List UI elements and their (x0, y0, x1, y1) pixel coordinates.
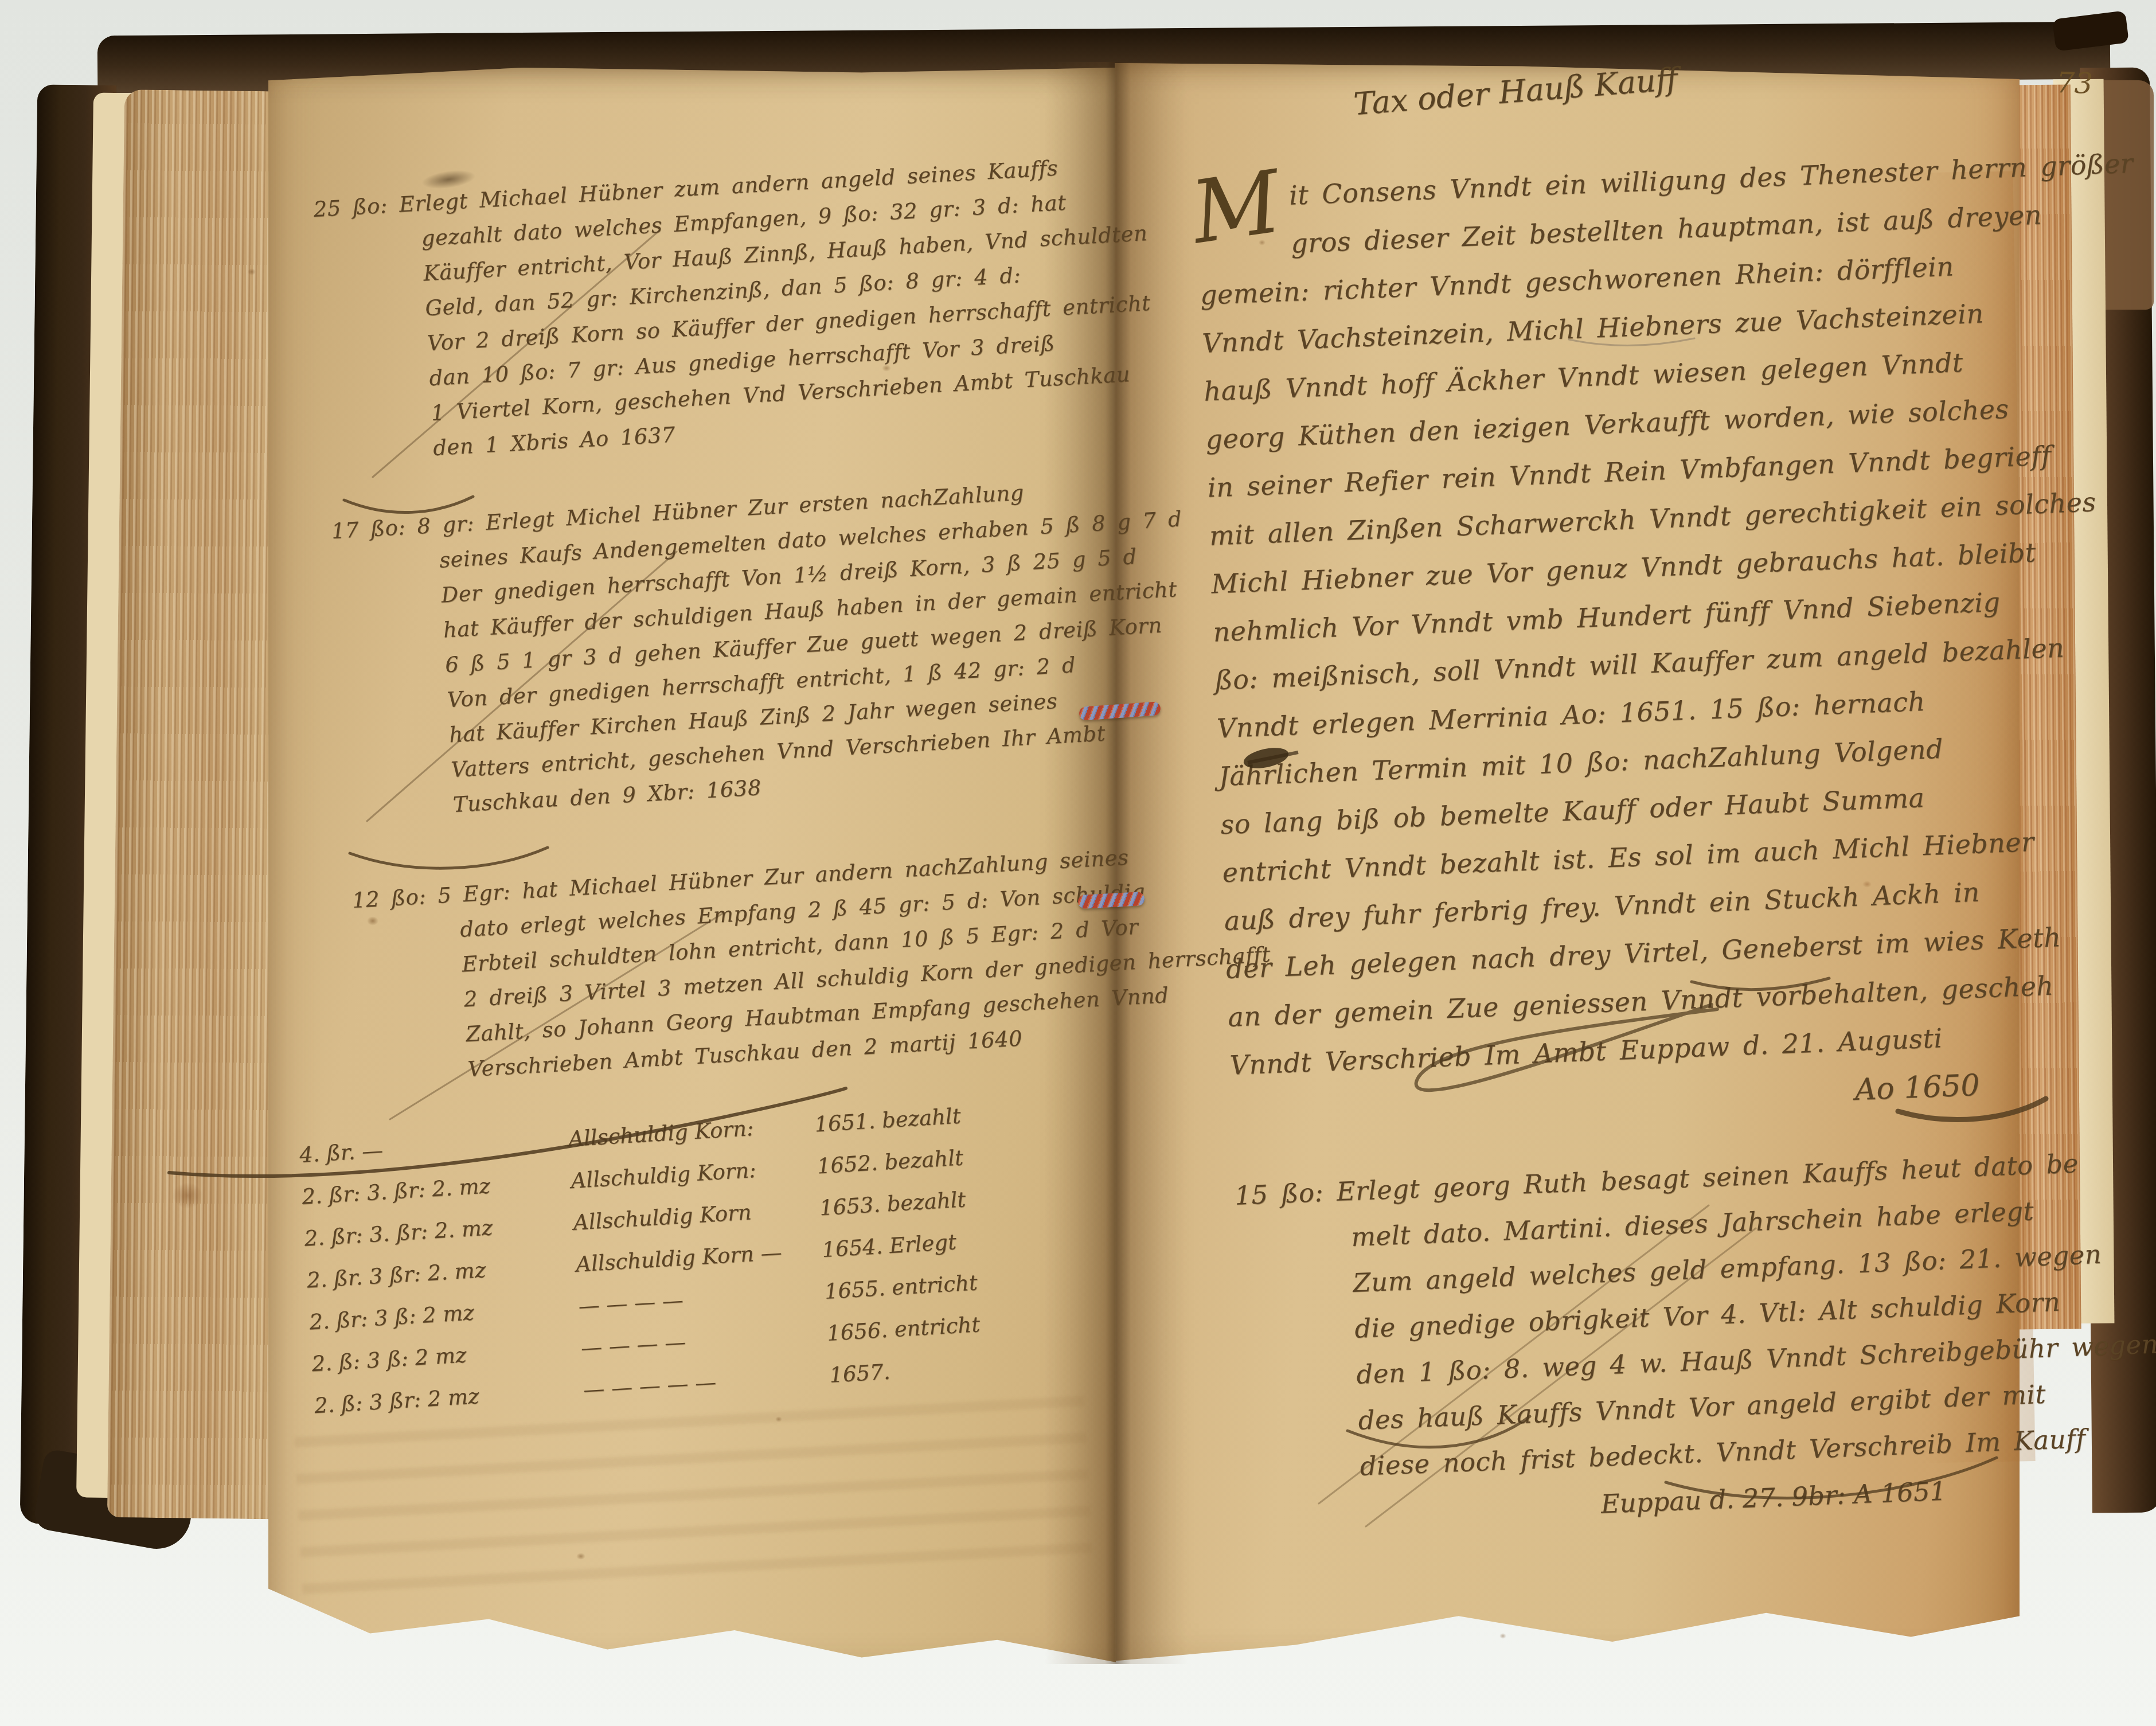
ledger-entry-1637: 25 ßo: Erlegt Michael Hübner zum andern … (313, 149, 1107, 471)
contract-date: Ao 1650 (1854, 1057, 2075, 1115)
stain-spot (576, 1553, 585, 1560)
ledger-entry-1638: 17 ßo: 8 gr: Erlegt Michel Hübner Zur er… (330, 470, 1127, 828)
folio-number: 73 (2056, 66, 2093, 100)
payment-entry-1651: 15 ßo: Erlegt georg Ruth besagt seinen K… (1234, 1141, 2091, 1542)
stain-spot (1962, 1216, 1973, 1224)
ledger-entry-1640: 12 ßo: 5 Egr: hat Michael Hübner Zur and… (351, 839, 1141, 1092)
drop-cap-initial: M (1189, 172, 1284, 244)
contract-entry-1650: M it Consens Vnndt ein willigung des The… (1196, 143, 2075, 1139)
stain-spot (172, 1182, 203, 1209)
stain-spot (248, 268, 256, 275)
contract-body: it Consens Vnndt ein willigung des Thene… (1196, 143, 2073, 1090)
stain-spot (1862, 881, 1872, 888)
book-clasp-remnant (2052, 10, 2129, 51)
stain-spot (882, 365, 891, 372)
stain-spot (1259, 240, 1266, 245)
stain-spot (1309, 530, 1317, 537)
right-page-text: M it Consens Vnndt ein willigung des The… (1196, 143, 2091, 1543)
left-page-text: 25 ßo: Erlegt Michael Hübner zum andern … (313, 149, 1142, 1092)
payment-body: 15 ßo: Erlegt georg Ruth besagt seinen K… (1234, 1141, 2088, 1494)
stain-spot (775, 1416, 782, 1422)
manuscript-photo: Tax oder Hauß Kauff 73 25 ßo: Erlegt Mic… (0, 0, 2156, 1726)
grain-payment-table: 4. ßr. —Allschuldig Korn:1651. bezahlt2.… (298, 1091, 1042, 1427)
stain-spot (367, 916, 378, 926)
stain-spot (1499, 1633, 1506, 1639)
